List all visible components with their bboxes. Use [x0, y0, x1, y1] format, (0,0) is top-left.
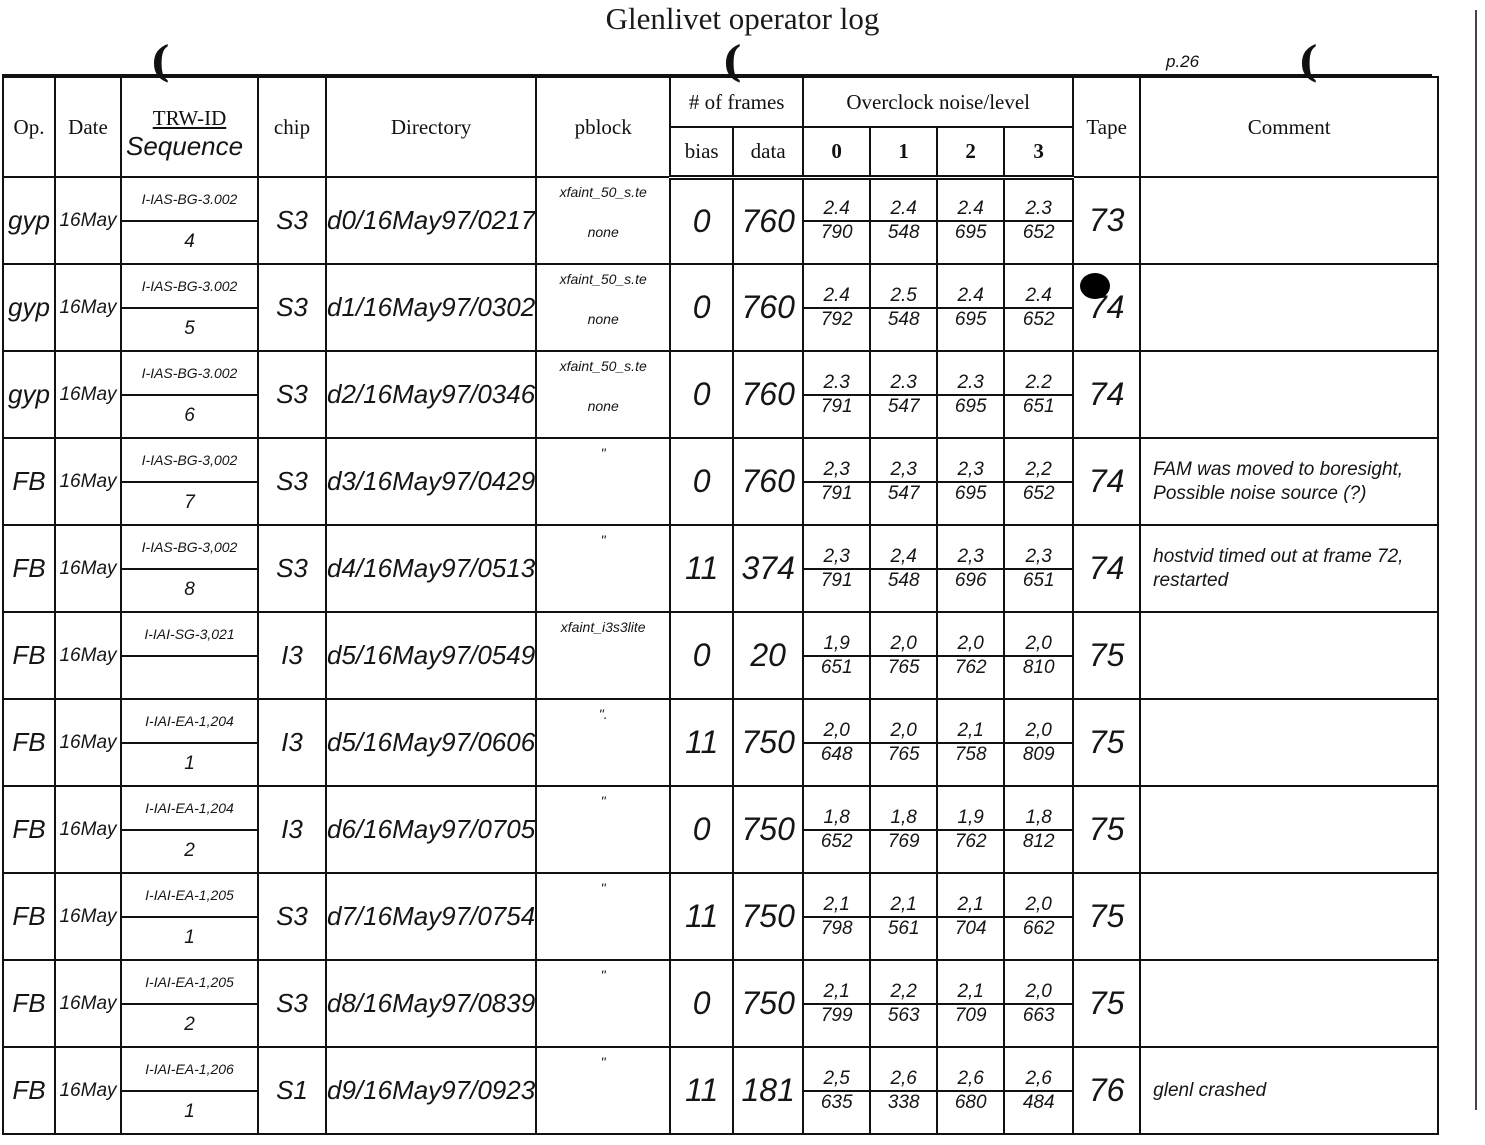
comment-cell: hostvid timed out at frame 72, restarted	[1140, 525, 1438, 612]
tape-cell: 74	[1073, 264, 1140, 351]
oc-1-cell: 2,3547	[870, 438, 937, 525]
operator-log-table: Op. Date TRW-ID Sequence chip Directory …	[2, 76, 1439, 1135]
log-row: FB 16May I-IAI-EA-1,204 2 I3 d6/16May97/…	[3, 786, 1438, 873]
date-cell: 16May	[55, 351, 121, 438]
header-oc-0: 0	[803, 127, 870, 177]
log-row: gyp 16May I-IAS-BG-3.002 6 S3 d2/16May97…	[3, 351, 1438, 438]
noise-2: 2.4	[938, 198, 1003, 222]
oc-3-cell: 2,0662	[1004, 873, 1073, 960]
directory-cell: d5/16May97/0549	[326, 612, 536, 699]
tape-cell: 74	[1073, 525, 1140, 612]
log-row: FB 16May I-IAI-SG-3,021 I3 d5/16May97/05…	[3, 612, 1438, 699]
trw-id-cell: I-IAS-BG-3,002 7	[121, 438, 258, 525]
oc-0-cell: 2,1799	[803, 960, 870, 1047]
noise-3: 2,0	[1005, 981, 1072, 1005]
pblock-bottom	[537, 722, 669, 746]
pblock-top: xfaint_50_s.te	[537, 265, 669, 287]
oc-3-cell: 2.4652	[1004, 264, 1073, 351]
oc-2-cell: 2,3696	[937, 525, 1004, 612]
oc-1-cell: 2,0765	[870, 699, 937, 786]
level-3: 651	[1005, 570, 1072, 592]
pblock-bottom	[537, 809, 669, 833]
comment-cell	[1140, 960, 1438, 1047]
log-row: FB 16May I-IAI-EA-1,205 2 S3 d8/16May97/…	[3, 960, 1438, 1047]
bias-frames-cell: 11	[670, 525, 733, 612]
oc-0-cell: 2.3791	[803, 351, 870, 438]
log-row: gyp 16May I-IAS-BG-3.002 4 S3 d0/16May97…	[3, 177, 1438, 264]
comment-cell	[1140, 612, 1438, 699]
pblock-top: "	[537, 787, 669, 809]
comment-cell	[1140, 351, 1438, 438]
oc-3-cell: 2.2651	[1004, 351, 1073, 438]
data-frames-cell: 760	[733, 264, 803, 351]
tape-cell: 76	[1073, 1047, 1140, 1134]
level-3: 652	[1005, 483, 1072, 505]
header-comment: Comment	[1140, 77, 1438, 177]
bias-frames-cell: 0	[670, 177, 733, 264]
comment-cell	[1140, 873, 1438, 960]
tape-cell: 74	[1073, 351, 1140, 438]
oc-2-cell: 2,6680	[937, 1047, 1004, 1134]
level-2: 758	[938, 744, 1003, 766]
log-row: gyp 16May I-IAS-BG-3.002 5 S3 d1/16May97…	[3, 264, 1438, 351]
directory-cell: d4/16May97/0513	[326, 525, 536, 612]
noise-3: 2.4	[1005, 285, 1072, 309]
sequence-number: 5	[122, 309, 257, 351]
pblock-top: "	[537, 874, 669, 896]
oc-0-cell: 1,8652	[803, 786, 870, 873]
level-0: 648	[804, 744, 869, 766]
noise-3: 2,0	[1005, 894, 1072, 918]
level-2: 695	[938, 483, 1003, 505]
data-frames-cell: 760	[733, 177, 803, 264]
log-row: FB 16May I-IAS-BG-3,002 7 S3 d3/16May97/…	[3, 438, 1438, 525]
level-1: 769	[871, 831, 936, 853]
sequence-number: 1	[122, 1092, 257, 1134]
level-1: 548	[871, 570, 936, 592]
noise-1: 2,2	[871, 981, 936, 1005]
pblock-cell: "	[536, 1047, 670, 1134]
data-frames-cell: 374	[733, 525, 803, 612]
noise-2: 2,3	[938, 546, 1003, 570]
level-3: 652	[1005, 222, 1072, 244]
level-0: 791	[804, 570, 869, 592]
noise-0: 2.3	[804, 372, 869, 396]
pblock-cell: "	[536, 786, 670, 873]
date-cell: 16May	[55, 612, 121, 699]
pblock-bottom	[537, 1070, 669, 1094]
oc-1-cell: 2,0765	[870, 612, 937, 699]
header-directory: Directory	[326, 77, 536, 177]
trw-id: I-IAI-EA-1,204	[122, 700, 257, 744]
pblock-top: "	[537, 961, 669, 983]
noise-2: 2,3	[938, 459, 1003, 483]
noise-2: 2,1	[938, 720, 1003, 744]
sequence-number: 6	[122, 396, 257, 438]
op-cell: gyp	[3, 177, 55, 264]
oc-3-cell: 2,0809	[1004, 699, 1073, 786]
noise-3: 2,6	[1005, 1068, 1072, 1092]
oc-2-cell: 2,0762	[937, 612, 1004, 699]
pblock-bottom	[537, 635, 669, 659]
tape-cell: 75	[1073, 960, 1140, 1047]
oc-3-cell: 2,0663	[1004, 960, 1073, 1047]
oc-1-cell: 2.5548	[870, 264, 937, 351]
bias-frames-cell: 0	[670, 351, 733, 438]
comment-cell	[1140, 264, 1438, 351]
directory-cell: d0/16May97/0217	[326, 177, 536, 264]
pblock-cell: xfaint_50_s.te none	[536, 264, 670, 351]
trw-id: I-IAI-EA-1,204	[122, 787, 257, 831]
comment-cell: FAM was moved to boresight, Possible noi…	[1140, 438, 1438, 525]
op-cell: FB	[3, 612, 55, 699]
chip-cell: S3	[258, 177, 326, 264]
header-oc-2: 2	[937, 127, 1004, 177]
level-3: 662	[1005, 918, 1072, 940]
noise-1: 2.3	[871, 372, 936, 396]
header-data: data	[733, 127, 803, 177]
noise-3: 2,2	[1005, 459, 1072, 483]
level-1: 547	[871, 483, 936, 505]
tape-cell: 73	[1073, 177, 1140, 264]
date-cell: 16May	[55, 786, 121, 873]
date-cell: 16May	[55, 960, 121, 1047]
oc-2-cell: 2.3695	[937, 351, 1004, 438]
pblock-top: xfaint_50_s.te	[537, 178, 669, 200]
trw-id-cell: I-IAI-EA-1,205 2	[121, 960, 258, 1047]
trw-id-cell: I-IAS-BG-3,002 8	[121, 525, 258, 612]
level-2: 709	[938, 1005, 1003, 1027]
pblock-cell: xfaint_i3s3lite	[536, 612, 670, 699]
trw-id: I-IAI-EA-1,205	[122, 874, 257, 918]
data-frames-cell: 760	[733, 438, 803, 525]
noise-1: 2,3	[871, 459, 936, 483]
oc-3-cell: 2,2652	[1004, 438, 1073, 525]
oc-2-cell: 1,9762	[937, 786, 1004, 873]
noise-0: 2,3	[804, 459, 869, 483]
data-frames-cell: 20	[733, 612, 803, 699]
trw-id-cell: I-IAS-BG-3.002 6	[121, 351, 258, 438]
pblock-bottom: none	[537, 374, 669, 414]
level-3: 663	[1005, 1005, 1072, 1027]
date-cell: 16May	[55, 177, 121, 264]
chip-cell: I3	[258, 699, 326, 786]
pblock-cell: xfaint_50_s.te none	[536, 177, 670, 264]
trw-id-cell: I-IAI-SG-3,021	[121, 612, 258, 699]
op-cell: FB	[3, 525, 55, 612]
oc-0-cell: 2.4790	[803, 177, 870, 264]
chip-cell: S3	[258, 351, 326, 438]
level-2: 762	[938, 657, 1003, 679]
sequence-number: 1	[122, 918, 257, 960]
trw-id: I-IAI-EA-1,205	[122, 961, 257, 1005]
tape-cell: 74	[1073, 438, 1140, 525]
level-0: 790	[804, 222, 869, 244]
noise-0: 2.4	[804, 198, 869, 222]
op-cell: gyp	[3, 264, 55, 351]
tape-cell: 75	[1073, 873, 1140, 960]
sequence-number: 8	[122, 570, 257, 612]
trw-id: I-IAS-BG-3.002	[122, 352, 257, 396]
level-2: 680	[938, 1092, 1003, 1114]
trw-id-cell: I-IAI-EA-1,206 1	[121, 1047, 258, 1134]
level-0: 799	[804, 1005, 869, 1027]
date-cell: 16May	[55, 264, 121, 351]
level-1: 563	[871, 1005, 936, 1027]
page-title: Glenlivet operator log	[0, 0, 1485, 38]
bias-frames-cell: 0	[670, 438, 733, 525]
trw-id: I-IAS-BG-3.002	[122, 178, 257, 222]
oc-1-cell: 1,8769	[870, 786, 937, 873]
oc-0-cell: 2.4792	[803, 264, 870, 351]
pblock-cell: xfaint_50_s.te none	[536, 351, 670, 438]
comment-cell	[1140, 177, 1438, 264]
date-cell: 16May	[55, 1047, 121, 1134]
level-2: 695	[938, 396, 1003, 418]
trw-id-cell: I-IAS-BG-3.002 4	[121, 177, 258, 264]
pblock-top: xfaint_i3s3lite	[537, 613, 669, 635]
level-1: 547	[871, 396, 936, 418]
op-cell: FB	[3, 786, 55, 873]
directory-cell: d6/16May97/0705	[326, 786, 536, 873]
level-2: 695	[938, 222, 1003, 244]
tape-cell: 75	[1073, 699, 1140, 786]
noise-0: 2,3	[804, 546, 869, 570]
noise-2: 2.3	[938, 372, 1003, 396]
level-0: 798	[804, 918, 869, 940]
oc-2-cell: 2,1758	[937, 699, 1004, 786]
level-2: 762	[938, 831, 1003, 853]
data-frames-cell: 750	[733, 786, 803, 873]
oc-2-cell: 2.4695	[937, 264, 1004, 351]
trw-id: I-IAI-SG-3,021	[122, 613, 257, 657]
page-number: p.26	[1166, 52, 1199, 72]
pblock-cell: ".	[536, 699, 670, 786]
oc-3-cell: 2,6484	[1004, 1047, 1073, 1134]
header-trw-id-label: TRW-ID	[122, 106, 257, 131]
noise-0: 2,1	[804, 894, 869, 918]
pblock-bottom: none	[537, 200, 669, 240]
bias-frames-cell: 0	[670, 960, 733, 1047]
log-body: gyp 16May I-IAS-BG-3.002 4 S3 d0/16May97…	[3, 177, 1438, 1134]
log-row: FB 16May I-IAS-BG-3,002 8 S3 d4/16May97/…	[3, 525, 1438, 612]
noise-1: 2,0	[871, 633, 936, 657]
oc-1-cell: 2,6338	[870, 1047, 937, 1134]
header-chip: chip	[258, 77, 326, 177]
level-2: 696	[938, 570, 1003, 592]
comment-cell: glenl crashed	[1140, 1047, 1438, 1134]
level-3: 809	[1005, 744, 1072, 766]
oc-0-cell: 2,0648	[803, 699, 870, 786]
noise-2: 2,1	[938, 981, 1003, 1005]
pblock-cell: "	[536, 438, 670, 525]
data-frames-cell: 750	[733, 699, 803, 786]
noise-2: 2,6	[938, 1068, 1003, 1092]
chip-cell: I3	[258, 612, 326, 699]
noise-1: 1,8	[871, 807, 936, 831]
tape-cell: 75	[1073, 612, 1140, 699]
pblock-top: "	[537, 1048, 669, 1070]
header-trw-id: TRW-ID Sequence	[121, 77, 258, 177]
oc-1-cell: 2.4548	[870, 177, 937, 264]
level-0: 792	[804, 309, 869, 331]
date-cell: 16May	[55, 873, 121, 960]
level-0: 652	[804, 831, 869, 853]
noise-3: 2,3	[1005, 546, 1072, 570]
noise-1: 2,6	[871, 1068, 936, 1092]
data-frames-cell: 760	[733, 351, 803, 438]
noise-3: 2,0	[1005, 720, 1072, 744]
level-0: 635	[804, 1092, 869, 1114]
op-cell: FB	[3, 960, 55, 1047]
pblock-bottom	[537, 983, 669, 1007]
bias-frames-cell: 11	[670, 699, 733, 786]
pblock-cell: "	[536, 525, 670, 612]
trw-id-cell: I-IAI-EA-1,204 1	[121, 699, 258, 786]
op-cell: FB	[3, 438, 55, 525]
oc-0-cell: 2,5635	[803, 1047, 870, 1134]
directory-cell: d1/16May97/0302	[326, 264, 536, 351]
sequence-number: 1	[122, 744, 257, 786]
data-frames-cell: 750	[733, 960, 803, 1047]
header-overclock: Overclock noise/level	[803, 77, 1073, 127]
noise-0: 1,9	[804, 633, 869, 657]
oc-0-cell: 2,3791	[803, 525, 870, 612]
comment-cell	[1140, 699, 1438, 786]
noise-1: 2.5	[871, 285, 936, 309]
level-1: 765	[871, 744, 936, 766]
directory-cell: d9/16May97/0923	[326, 1047, 536, 1134]
level-3: 652	[1005, 309, 1072, 331]
date-cell: 16May	[55, 438, 121, 525]
bias-frames-cell: 11	[670, 873, 733, 960]
oc-3-cell: 2.3652	[1004, 177, 1073, 264]
chip-cell: S3	[258, 873, 326, 960]
directory-cell: d8/16May97/0839	[326, 960, 536, 1047]
log-row: FB 16May I-IAI-EA-1,204 1 I3 d5/16May97/…	[3, 699, 1438, 786]
date-cell: 16May	[55, 525, 121, 612]
trw-id: I-IAS-BG-3.002	[122, 265, 257, 309]
level-1: 765	[871, 657, 936, 679]
directory-cell: d3/16May97/0429	[326, 438, 536, 525]
noise-0: 2,0	[804, 720, 869, 744]
trw-id: I-IAS-BG-3,002	[122, 439, 257, 483]
chip-cell: S3	[258, 438, 326, 525]
chip-cell: S1	[258, 1047, 326, 1134]
trw-id-cell: I-IAI-EA-1,205 1	[121, 873, 258, 960]
noise-0: 2,1	[804, 981, 869, 1005]
header-oc-3: 3	[1004, 127, 1073, 177]
sequence-number: 4	[122, 222, 257, 264]
chip-cell: S3	[258, 960, 326, 1047]
level-1: 548	[871, 222, 936, 244]
oc-1-cell: 2,2563	[870, 960, 937, 1047]
oc-2-cell: 2.4695	[937, 177, 1004, 264]
header-tape: Tape	[1073, 77, 1140, 177]
noise-1: 2.4	[871, 198, 936, 222]
noise-2: 2,1	[938, 894, 1003, 918]
oc-0-cell: 1,9651	[803, 612, 870, 699]
noise-1: 2,1	[871, 894, 936, 918]
directory-cell: d5/16May97/0606	[326, 699, 536, 786]
level-0: 791	[804, 396, 869, 418]
bias-frames-cell: 0	[670, 264, 733, 351]
chip-cell: S3	[258, 264, 326, 351]
level-3: 651	[1005, 396, 1072, 418]
chip-cell: I3	[258, 786, 326, 873]
oc-2-cell: 2,1709	[937, 960, 1004, 1047]
level-2: 695	[938, 309, 1003, 331]
oc-3-cell: 1,8812	[1004, 786, 1073, 873]
pblock-bottom	[537, 461, 669, 485]
level-1: 338	[871, 1092, 936, 1114]
chip-cell: S3	[258, 525, 326, 612]
sequence-number: 2	[122, 831, 257, 873]
noise-2: 2,0	[938, 633, 1003, 657]
header-date: Date	[55, 77, 121, 177]
log-row: FB 16May I-IAI-EA-1,206 1 S1 d9/16May97/…	[3, 1047, 1438, 1134]
pblock-bottom	[537, 548, 669, 572]
pblock-cell: "	[536, 873, 670, 960]
pblock-top: "	[537, 526, 669, 548]
sequence-number	[122, 657, 257, 699]
noise-2: 2.4	[938, 285, 1003, 309]
date-cell: 16May	[55, 699, 121, 786]
header-bias: bias	[670, 127, 733, 177]
level-3: 484	[1005, 1092, 1072, 1114]
noise-2: 1,9	[938, 807, 1003, 831]
noise-0: 2,5	[804, 1068, 869, 1092]
noise-1: 2,4	[871, 546, 936, 570]
directory-cell: d2/16May97/0346	[326, 351, 536, 438]
bias-frames-cell: 0	[670, 612, 733, 699]
level-3: 812	[1005, 831, 1072, 853]
level-3: 810	[1005, 657, 1072, 679]
directory-cell: d7/16May97/0754	[326, 873, 536, 960]
pblock-cell: "	[536, 960, 670, 1047]
data-frames-cell: 750	[733, 873, 803, 960]
bias-frames-cell: 11	[670, 1047, 733, 1134]
header-oc-1: 1	[870, 127, 937, 177]
oc-1-cell: 2,4548	[870, 525, 937, 612]
noise-0: 1,8	[804, 807, 869, 831]
pblock-bottom	[537, 896, 669, 920]
noise-3: 1,8	[1005, 807, 1072, 831]
pblock-top: ".	[537, 700, 669, 722]
pblock-bottom: none	[537, 287, 669, 327]
oc-2-cell: 2,3695	[937, 438, 1004, 525]
comment-cell	[1140, 786, 1438, 873]
header-pblock: pblock	[536, 77, 670, 177]
oc-1-cell: 2.3547	[870, 351, 937, 438]
op-cell: FB	[3, 1047, 55, 1134]
trw-id-cell: I-IAI-EA-1,204 2	[121, 786, 258, 873]
noise-0: 2.4	[804, 285, 869, 309]
header-sequence-label: Sequence	[122, 131, 257, 162]
sequence-number: 7	[122, 483, 257, 525]
sequence-number: 2	[122, 1005, 257, 1047]
level-1: 561	[871, 918, 936, 940]
trw-id-cell: I-IAS-BG-3.002 5	[121, 264, 258, 351]
level-0: 651	[804, 657, 869, 679]
noise-3: 2.2	[1005, 372, 1072, 396]
level-2: 704	[938, 918, 1003, 940]
oc-1-cell: 2,1561	[870, 873, 937, 960]
ink-blot-icon	[1080, 273, 1110, 299]
oc-0-cell: 2,3791	[803, 438, 870, 525]
data-frames-cell: 181	[733, 1047, 803, 1134]
oc-2-cell: 2,1704	[937, 873, 1004, 960]
